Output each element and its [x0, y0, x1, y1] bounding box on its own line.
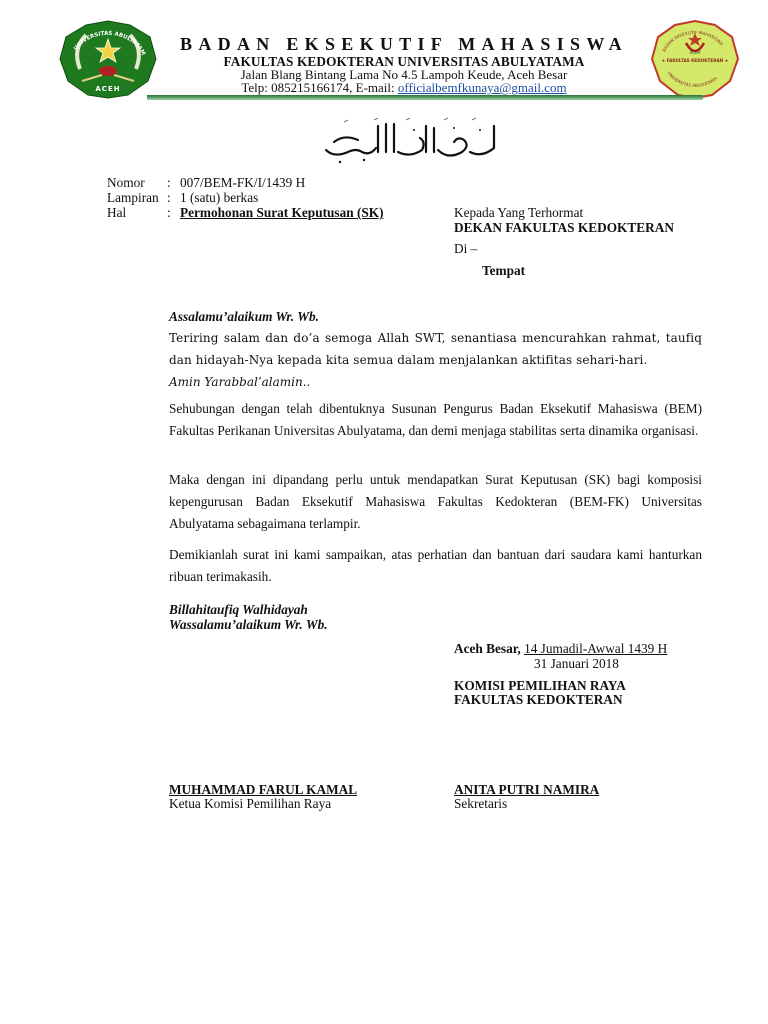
- meta-colon: :: [167, 190, 180, 206]
- paragraph-3: Maka dengan ini dipandang perlu untuk me…: [169, 469, 702, 535]
- recipient-salutation: Kepada Yang Terhormat: [454, 205, 583, 221]
- meta-colon: :: [167, 205, 180, 221]
- meta-label: Nomor: [107, 175, 167, 191]
- meta-lampiran: Lampiran:1 (satu) berkas: [107, 190, 258, 206]
- email-link[interactable]: officialbemfkunaya@gmail.com: [398, 80, 567, 95]
- recipient-name: DEKAN FAKULTAS KEDOKTERAN: [454, 220, 674, 236]
- phone-text: Telp: 085215166174, E-mail:: [241, 80, 398, 95]
- meta-colon: :: [167, 175, 180, 191]
- meta-nomor: Nomor:007/BEM-FK/I/1439 H: [107, 175, 305, 191]
- meta-label: Hal: [107, 205, 167, 221]
- amin-line: Amin Yarabbal’alamin..: [169, 371, 702, 393]
- header-divider: [147, 95, 703, 100]
- signatory-1-title: Ketua Komisi Pemilihan Raya: [169, 796, 331, 812]
- recipient-place: Tempat: [482, 263, 525, 279]
- closing-2: Wassalamu’alaikum Wr. Wb.: [169, 617, 702, 632]
- date-gregorian: 31 Januari 2018: [534, 656, 619, 672]
- bismillah-calligraphy-icon: [314, 112, 510, 167]
- committee-line-2: FAKULTAS KEDOKTERAN: [454, 692, 623, 708]
- organization-title: BADAN EKSEKUTIF MAHASISWA: [0, 34, 768, 55]
- meta-value: 007/BEM-FK/I/1439 H: [180, 175, 305, 190]
- contact-info: Telp: 085215166174, E-mail: officialbemf…: [0, 80, 768, 96]
- date-line: Aceh Besar, 14 Jumadil-Awwal 1439 H: [454, 641, 667, 657]
- subject-value: Permohonan Surat Keputusan (SK): [180, 205, 384, 220]
- signatory-2-title: Sekretaris: [454, 796, 507, 812]
- meta-label: Lampiran: [107, 190, 167, 206]
- paragraph-4: Demikianlah surat ini kami sampaikan, at…: [169, 544, 702, 588]
- recipient-at: Di –: [454, 241, 477, 257]
- meta-hal: Hal:Permohonan Surat Keputusan (SK): [107, 205, 384, 221]
- paragraph-1: Teriring salam dan do’a semoga Allah SWT…: [169, 327, 702, 371]
- closing-1: Billahitaufiq Walhidayah: [169, 602, 702, 617]
- date-place: Aceh Besar,: [454, 641, 521, 656]
- paragraph-2: Sehubungan dengan telah dibentuknya Susu…: [169, 398, 702, 442]
- meta-value: 1 (satu) berkas: [180, 190, 258, 205]
- greeting: Assalamu’alaikum Wr. Wb.: [169, 306, 702, 328]
- date-hijri: 14 Jumadil-Awwal 1439 H: [524, 641, 667, 656]
